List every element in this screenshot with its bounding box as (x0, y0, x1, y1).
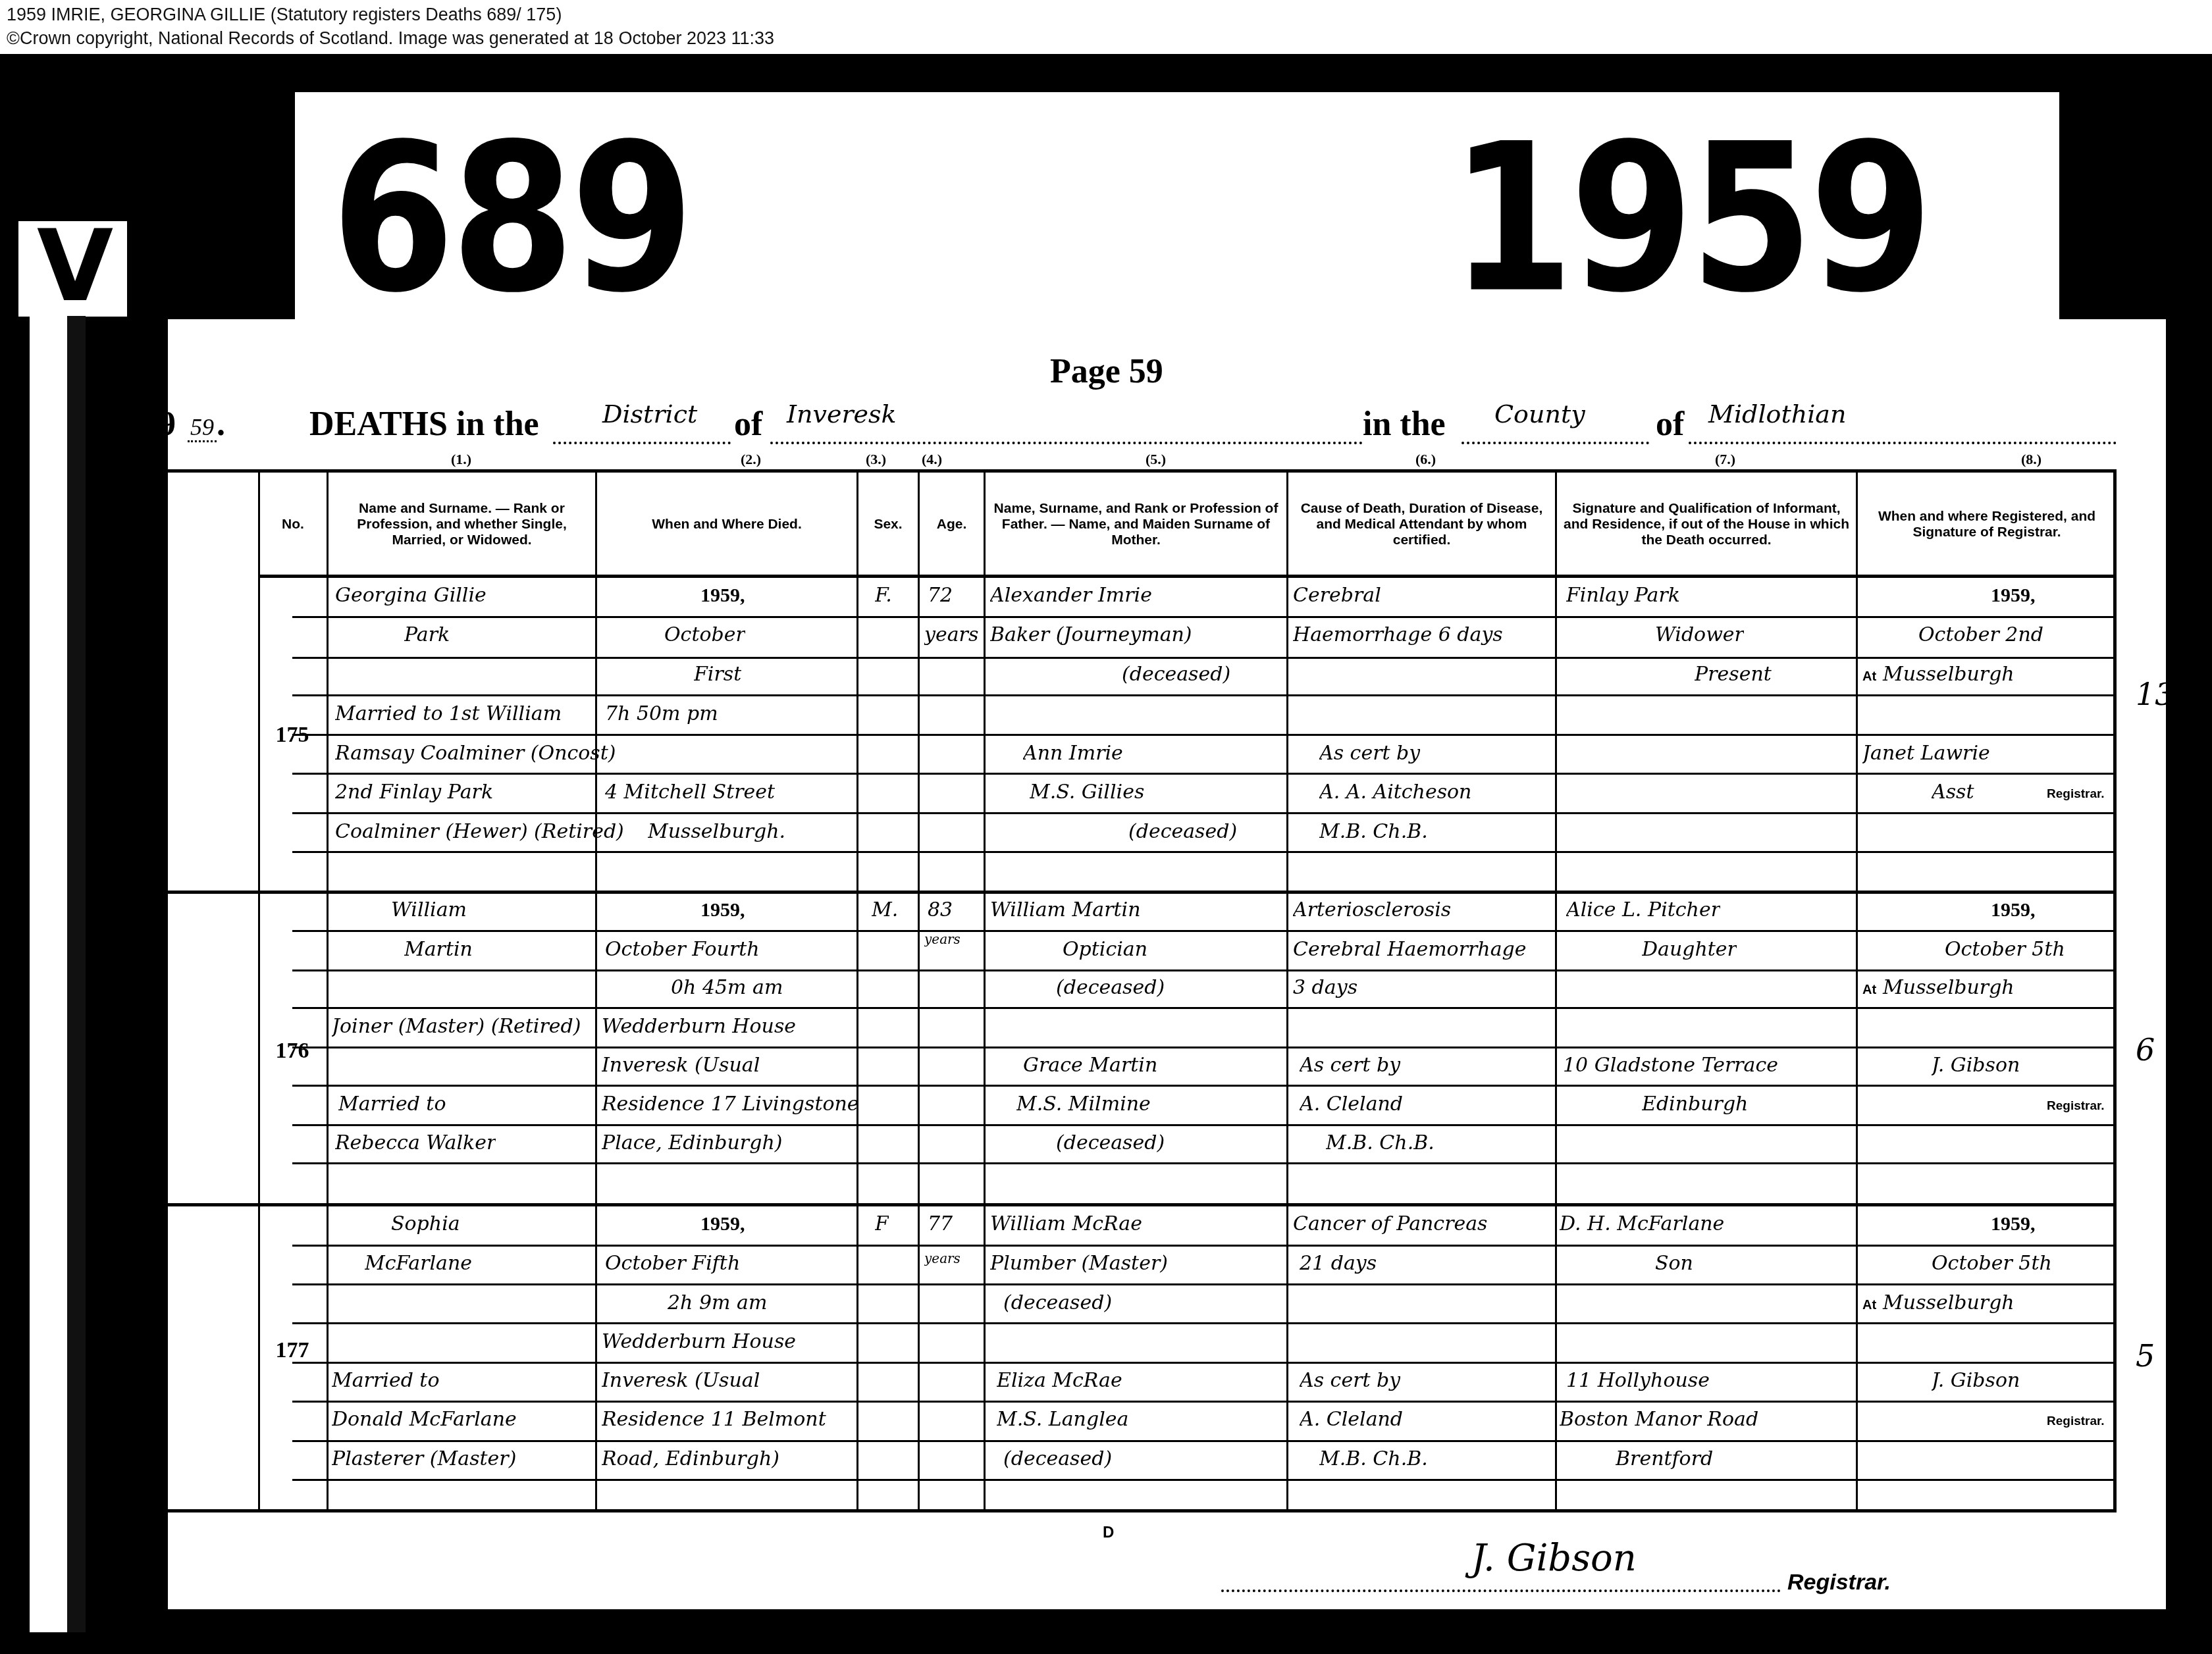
row-rule (292, 657, 2113, 659)
column-number: (7.) (1715, 451, 1735, 468)
registration-place: Musselburgh (1883, 1291, 2014, 1314)
medical-attendant: A. Cleland (1300, 1407, 1403, 1432)
spouse-occupation: Plasterer (Master) (332, 1447, 516, 1472)
of-label-2: of (1656, 405, 1684, 444)
registrar-signature: J. Gibson (1471, 1537, 1637, 1580)
registration-date: October 5th (1932, 1251, 2052, 1276)
death-year: 1959, (700, 583, 745, 608)
volume-tab: V (18, 221, 127, 317)
marital-status: 2nd Finlay Park (335, 780, 493, 805)
row-rule (292, 851, 2113, 853)
informant-residence: 10 Gladstone Terrace (1563, 1053, 1778, 1078)
informant-residence: Boston Manor Road (1560, 1407, 1758, 1432)
duration: 3 days (1293, 975, 1357, 1000)
registration-district-number: 689 (331, 105, 691, 332)
father-status: (deceased) (1003, 1291, 1112, 1316)
deceased-surname: Martin (404, 937, 473, 962)
registrar-label: Registrar. (2047, 1099, 2105, 1114)
informant-residence: Brentford (1616, 1447, 1713, 1472)
signature-line (1221, 1589, 1781, 1592)
usual-residence: Residence 17 Livingstone (602, 1092, 859, 1117)
header-sex: Sex. (858, 473, 918, 576)
father-name: William McRae (990, 1212, 1142, 1237)
medical-attendant: A. A. Aitcheson (1319, 780, 1471, 805)
father-occupation: Baker (Journeyman) (990, 623, 1192, 648)
register-entry-177: 177 Sophia McFarlane Married to Donald M… (141, 1206, 2113, 1516)
row-rule (292, 812, 2113, 814)
death-date: October Fourth (605, 937, 760, 962)
register-heading: 19 59. DEATHS in the District of Inveres… (142, 405, 2117, 451)
medical-qualification: M.B. Ch.B. (1326, 1131, 1435, 1156)
death-date: October (664, 623, 745, 648)
mother-maiden-name: M.S. Gillies (1030, 780, 1144, 805)
entry-number: 175 (259, 723, 325, 748)
entry-number: 177 (259, 1338, 325, 1363)
district-name: Inveresk (787, 400, 897, 428)
death-place: 4 Mitchell Street (605, 780, 775, 805)
row-rule (292, 616, 2113, 618)
register-year: 1959 (1450, 105, 1929, 332)
occupation: Coalminer (Hewer) (Retired) (335, 819, 624, 844)
death-place: Musselburgh. (648, 819, 785, 844)
marital-status: Married to (332, 1368, 440, 1393)
row-rule (292, 1047, 2113, 1048)
row-rule (292, 969, 2113, 971)
deaths-in-the-label: DEATHS in the (309, 405, 539, 444)
death-date: First (694, 662, 741, 687)
row-rule (292, 1401, 2113, 1403)
row-rule (292, 1440, 2113, 1442)
row-rule (292, 1362, 2113, 1364)
header-name: Name and Surname. — Rank or Profession, … (329, 473, 595, 576)
father-name: William Martin (990, 898, 1140, 923)
row-rule (292, 1283, 2113, 1285)
usual-residence: Road, Edinburgh) (602, 1447, 779, 1472)
death-time: 2h 9m am (668, 1291, 767, 1316)
header-no: No. (259, 473, 327, 576)
cause-of-death: Cerebral Haemorrhage (1293, 937, 1527, 962)
death-date: October Fifth (605, 1251, 740, 1276)
age-unit: years (924, 623, 978, 648)
county-type: County (1494, 400, 1585, 428)
mother-name: Eliza McRae (997, 1368, 1122, 1393)
register-entry-175: 175 Georgina Gillie Park Married to 1st … (141, 578, 2113, 891)
row-rule (292, 1124, 2113, 1126)
mother-status: (deceased) (1003, 1447, 1112, 1472)
image-caption: 1959 IMRIE, GEORGINA GILLIE (Statutory r… (0, 0, 2212, 54)
header-cause: Cause of Death, Duration of Disease, and… (1288, 473, 1555, 576)
row-rule (292, 773, 2113, 775)
age-unit: years (924, 927, 961, 952)
cause-of-death: Cerebral (1293, 583, 1381, 608)
age: 72 (928, 583, 953, 608)
deceased-name: Georgina Gillie (335, 583, 487, 608)
marital-status: Ramsay Coalminer (Oncost) (335, 741, 616, 766)
copyright-notice: ©Crown copyright, National Records of Sc… (7, 26, 2205, 50)
row-rule (292, 734, 2113, 736)
marital-status: Married to (338, 1092, 446, 1117)
page-letter: D (1103, 1524, 1114, 1542)
registrar-label: Registrar. (1787, 1570, 1891, 1595)
header-registered: When and where Registered, and Signature… (1858, 473, 2116, 576)
mother-name: Grace Martin (1023, 1053, 1157, 1078)
father-name: Alexander Imrie (990, 583, 1152, 608)
informant-qualification: Daughter (1642, 937, 1737, 962)
column-number: (5.) (1145, 451, 1166, 468)
sex: F (875, 1212, 889, 1237)
tab-letter: V (37, 217, 113, 316)
registrar-signature: Janet Lawrie (1862, 741, 1990, 766)
mother-maiden-name: M.S. Langlea (997, 1407, 1128, 1432)
age: 77 (928, 1212, 953, 1237)
in-the-label: in the (1363, 405, 1446, 444)
at-label: At (1862, 1298, 1876, 1312)
informant-residence: 11 Hollyhouse (1566, 1368, 1710, 1393)
column-number: (4.) (922, 451, 942, 468)
register-entry-176: 176 William Martin Joiner (Master) (Reti… (141, 894, 2113, 1203)
spouse-name: Donald McFarlane (332, 1407, 517, 1432)
row-rule (292, 1245, 2113, 1247)
row-rule (292, 1162, 2113, 1164)
duration: 21 days (1300, 1251, 1377, 1276)
deceased-name: William (391, 898, 467, 923)
year-suffix: 59 (188, 414, 217, 442)
deceased-name: Sophia (391, 1212, 460, 1237)
dotted-line (553, 442, 731, 444)
informant-qualification: Son (1655, 1251, 1693, 1276)
register-page: Page 59 19 59. DEATHS in the District of… (168, 319, 2166, 1609)
father-occupation: Plumber (Master) (990, 1251, 1168, 1276)
registrar-label: Registrar. (2047, 787, 2105, 802)
father-status: (deceased) (1122, 662, 1230, 687)
entry-number: 176 (259, 1039, 325, 1064)
spouse-name: Rebecca Walker (335, 1131, 496, 1156)
father-occupation: Optician (1063, 937, 1147, 962)
dotted-line (770, 442, 1363, 444)
death-time: 0h 45m am (671, 975, 783, 1000)
certification: As cert by (1300, 1053, 1400, 1078)
year-prefix: 19 (142, 405, 176, 444)
county-name: Midlothian (1708, 400, 1846, 428)
death-place: Inveresk (Usual (602, 1368, 760, 1393)
dotted-line (1461, 442, 1649, 444)
at-label: At (1862, 669, 1876, 684)
deceased-surname: Park (404, 623, 450, 648)
mother-status: (deceased) (1128, 819, 1237, 844)
cause-of-death: Haemorrhage 6 days (1293, 623, 1503, 648)
occupation: Joiner (Master) (Retired) (332, 1014, 581, 1039)
margin-mark: 5 (2136, 1338, 2155, 1374)
margin-mark: 13 (2136, 677, 2174, 712)
informant-residence: Present (1695, 662, 1772, 687)
row-rule (292, 930, 2113, 932)
dotted-line (1689, 442, 2117, 444)
binding-strip (30, 316, 86, 1632)
marital-status: Married to 1st William (335, 702, 562, 727)
registrar-role: Asst (1932, 780, 1974, 805)
age-unit: years (924, 1246, 961, 1271)
death-register-table: No. Name and Surname. — Rank or Professi… (138, 469, 2117, 1512)
column-number: (8.) (2021, 451, 2041, 468)
death-place: Wedderburn House (602, 1330, 796, 1355)
registration-year: 1959, (1991, 583, 2036, 608)
informant-name: Finlay Park (1566, 583, 1680, 608)
mother-maiden-name: M.S. Milmine (1016, 1092, 1151, 1117)
row-rule (292, 1007, 2113, 1009)
header-when-where: When and Where Died. (597, 473, 856, 576)
usual-residence: Place, Edinburgh) (602, 1131, 782, 1156)
column-number: (6.) (1415, 451, 1436, 468)
column-number: (3.) (866, 451, 886, 468)
row-rule (292, 1085, 2113, 1087)
medical-qualification: M.B. Ch.B. (1319, 1447, 1428, 1472)
margin-mark: 6 (2136, 1032, 2155, 1068)
informant-residence: Edinburgh (1642, 1092, 1748, 1117)
row-rule (292, 1322, 2113, 1324)
registration-date: October 5th (1945, 937, 2065, 962)
registration-date: October 2nd (1918, 623, 2043, 648)
informant-name: D. H. McFarlane (1560, 1212, 1724, 1237)
cause-of-death: Arteriosclerosis (1293, 898, 1451, 923)
record-title: 1959 IMRIE, GEORGINA GILLIE (Statutory r… (7, 3, 2205, 26)
death-place: Wedderburn House (602, 1014, 796, 1039)
death-place: Inveresk (Usual (602, 1053, 760, 1078)
registrar-signature: J. Gibson (1932, 1053, 2020, 1078)
district-type: District (602, 400, 697, 428)
of-label-1: of (734, 405, 762, 444)
medical-qualification: M.B. Ch.B. (1319, 819, 1428, 844)
registration-year: 1959, (1991, 1212, 2036, 1237)
death-year: 1959, (700, 1212, 745, 1237)
at-label: At (1862, 983, 1876, 997)
registrar-signature: J. Gibson (1932, 1368, 2020, 1393)
age: 83 (928, 898, 953, 923)
registration-place: Musselburgh (1883, 976, 2014, 999)
death-time: 7h 50m pm (605, 702, 718, 727)
death-year: 1959, (700, 898, 745, 923)
mother-status: (deceased) (1056, 1131, 1165, 1156)
father-status: (deceased) (1056, 975, 1165, 1000)
certification: As cert by (1319, 741, 1420, 766)
certification: As cert by (1300, 1368, 1400, 1393)
registration-year: 1959, (1991, 898, 2036, 923)
deceased-surname: McFarlane (365, 1251, 472, 1276)
index-card: 689 1959 (295, 92, 2059, 319)
informant-qualification: Widower (1655, 623, 1744, 648)
usual-residence: Residence 11 Belmont (602, 1407, 826, 1432)
registration-place: Musselburgh (1883, 663, 2014, 686)
registrar-label: Registrar. (2047, 1414, 2105, 1429)
mother-name: Ann Imrie (1023, 741, 1123, 766)
sex: M. (872, 898, 898, 923)
sex: F. (875, 583, 892, 608)
cause-of-death: Cancer of Pancreas (1293, 1212, 1488, 1237)
column-numbers: (1.) (2.) (3.) (4.) (5.) (6.) (7.) (8.) (138, 451, 2113, 471)
medical-attendant: A. Cleland (1300, 1092, 1403, 1117)
informant-name: Alice L. Pitcher (1566, 898, 1720, 923)
row-rule (292, 1479, 2113, 1481)
header-parents: Name, Surname, and Rank or Profession of… (986, 473, 1286, 576)
page-number: Page 59 (1050, 352, 1163, 391)
row-rule (292, 694, 2113, 696)
column-number: (2.) (741, 451, 761, 468)
header-informant: Signature and Qualification of Informant… (1557, 473, 1856, 576)
header-age: Age. (920, 473, 984, 576)
column-number: (1.) (451, 451, 471, 468)
